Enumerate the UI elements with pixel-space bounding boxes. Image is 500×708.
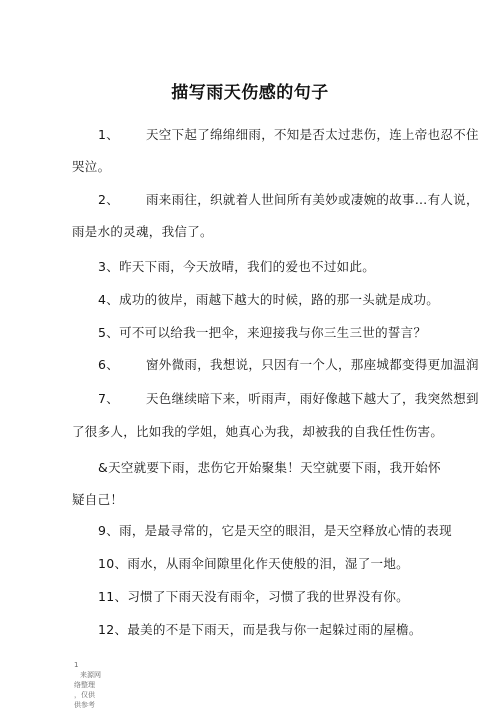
list-item-7-continuation: 了很多人，比如我的学姐，她真心为我，却被我的自我任性伤害。 bbox=[72, 422, 443, 440]
item-number: 9、 bbox=[98, 523, 119, 538]
item-number: & bbox=[98, 460, 108, 475]
item-number: 1、 bbox=[98, 125, 146, 143]
item-text: 雨来雨往，织就着人世间所有美妙或凄婉的故事…有人说， bbox=[146, 192, 479, 207]
list-item-7: 7、天色继续暗下来，听雨声，雨好像越下越大了，我突然想到 bbox=[98, 389, 479, 407]
item-text: 窗外微雨，我想说，只因有一个人，那座城都变得更加温润 bbox=[146, 357, 479, 372]
item-number: 3、 bbox=[98, 259, 119, 274]
item-text: 天色继续暗下来，听雨声，雨好像越下越大了，我突然想到 bbox=[146, 391, 479, 406]
list-item-8: &天空就要下雨，悲伤它开始聚集！天空就要下雨，我开始怀 bbox=[98, 458, 441, 476]
item-text: 可不可以给我一把伞，来迎接我与你三生三世的誓言？ bbox=[119, 325, 426, 340]
item-text: 天空下起了绵绵细雨，不知是否太过悲伤，连上帝也忍不住 bbox=[146, 127, 479, 142]
footer-note-line: 络整理 bbox=[74, 680, 101, 690]
page-number: 1 bbox=[74, 660, 101, 670]
item-number: 6、 bbox=[98, 355, 146, 373]
item-number: 10、 bbox=[98, 556, 127, 571]
item-number: 4、 bbox=[98, 292, 119, 307]
list-item-1-continuation: 哭泣。 bbox=[72, 157, 110, 175]
list-item-3: 3、昨天下雨，今天放晴，我们的爱也不过如此。 bbox=[98, 257, 375, 275]
list-item-1: 1、天空下起了绵绵细雨，不知是否太过悲伤，连上帝也忍不住 bbox=[98, 125, 479, 143]
document-title: 描写雨天伤感的句子 bbox=[0, 78, 500, 103]
list-item-5: 5、可不可以给我一把伞，来迎接我与你三生三世的誓言？ bbox=[98, 323, 426, 341]
item-text: 最美的不是下雨天，而是我与你一起躲过雨的屋檐。 bbox=[127, 622, 421, 637]
list-item-12: 12、最美的不是下雨天，而是我与你一起躲过雨的屋檐。 bbox=[98, 620, 422, 638]
list-item-2-continuation: 雨是水的灵魂，我信了。 bbox=[72, 222, 213, 240]
item-text: 雨水，从雨伞间隙里化作天使般的泪，湿了一地。 bbox=[127, 556, 409, 571]
list-item-4: 4、成功的彼岸，雨越下越大的时候，路的那一头就是成功。 bbox=[98, 290, 439, 308]
item-text: 成功的彼岸，雨越下越大的时候，路的那一头就是成功。 bbox=[119, 292, 439, 307]
item-number: 5、 bbox=[98, 325, 119, 340]
item-text: 昨天下雨，今天放晴，我们的爱也不过如此。 bbox=[119, 259, 375, 274]
item-text: 天空就要下雨，悲伤它开始聚集！天空就要下雨，我开始怀 bbox=[108, 460, 441, 475]
document-page: 描写雨天伤感的句子 1、天空下起了绵绵细雨，不知是否太过悲伤，连上帝也忍不住 哭… bbox=[0, 0, 500, 708]
footer-note-line: ，仅供 bbox=[74, 690, 101, 700]
item-number: 12、 bbox=[98, 622, 127, 637]
page-footer: 1 来源网 络整理 ，仅供 供参考 bbox=[74, 660, 101, 708]
list-item-9: 9、雨，是最寻常的，它是天空的眼泪，是天空释放心情的表现 bbox=[98, 521, 452, 539]
item-number: 2、 bbox=[98, 190, 146, 208]
item-number: 7、 bbox=[98, 389, 146, 407]
item-text: 习惯了下雨天没有雨伞，习惯了我的世界没有你。 bbox=[127, 589, 409, 604]
footer-note-line: 供参考 bbox=[74, 700, 101, 708]
list-item-2: 2、雨来雨往，织就着人世间所有美妙或凄婉的故事…有人说， bbox=[98, 190, 479, 208]
item-number: 11、 bbox=[98, 589, 127, 604]
item-text: 雨，是最寻常的，它是天空的眼泪，是天空释放心情的表现 bbox=[119, 523, 452, 538]
list-item-11: 11、习惯了下雨天没有雨伞，习惯了我的世界没有你。 bbox=[98, 587, 409, 605]
list-item-8-continuation: 疑自己！ bbox=[72, 490, 123, 508]
list-item-6: 6、窗外微雨，我想说，只因有一个人，那座城都变得更加温润 bbox=[98, 355, 479, 373]
list-item-10: 10、雨水，从雨伞间隙里化作天使般的泪，湿了一地。 bbox=[98, 554, 409, 572]
footer-note-line: 来源网 bbox=[74, 670, 101, 680]
